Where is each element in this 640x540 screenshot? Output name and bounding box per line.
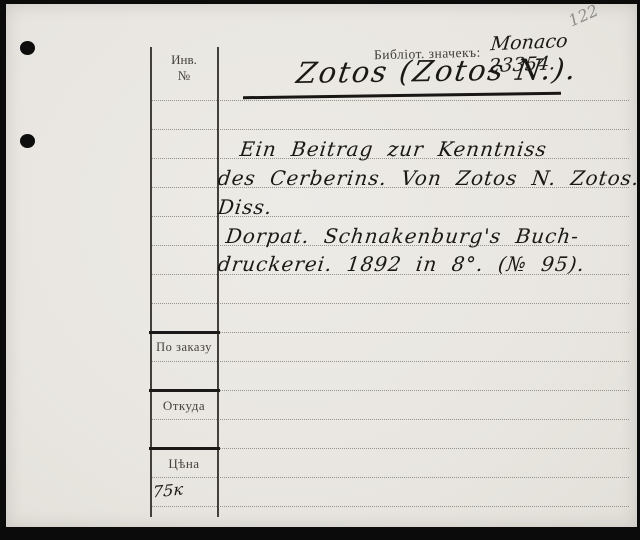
punch-hole-top xyxy=(20,41,35,55)
entry-title-handwriting: Zotos (Zotos N.). xyxy=(294,52,580,90)
origin-label: Откуда xyxy=(150,398,218,414)
punch-hole-bottom xyxy=(20,134,35,148)
entry-line-3: Diss. xyxy=(217,195,274,219)
ruled-line xyxy=(150,477,629,478)
ruled-line xyxy=(150,332,629,333)
entry-line-1: Ein Beitrag zur Kenntniss xyxy=(239,137,549,161)
order-label: По заказу xyxy=(150,340,218,355)
ruled-line xyxy=(150,506,629,507)
inventory-number-label: Инв. № xyxy=(150,52,218,84)
ruled-line xyxy=(150,303,629,304)
ruled-line xyxy=(150,361,629,362)
entry-line-2: des Cerberins. Von Zotos N. Zotos. xyxy=(217,166,640,190)
ruled-line xyxy=(150,390,629,391)
ruled-line xyxy=(150,448,629,449)
inventory-label-line2: № xyxy=(150,68,218,84)
ruled-line xyxy=(150,100,629,101)
scan-frame: Инв. № По заказу Откуда Цѣна Библіот. зн… xyxy=(0,0,640,540)
box-separator xyxy=(149,447,220,450)
catalog-card: Инв. № По заказу Откуда Цѣна Библіот. зн… xyxy=(6,4,637,527)
title-underline xyxy=(243,92,561,99)
ruled-line xyxy=(150,129,629,130)
box-separator xyxy=(149,389,220,392)
price-value-handwriting: 75к xyxy=(153,479,184,501)
pencil-mark: 122 xyxy=(565,1,601,31)
box-separator xyxy=(149,331,220,334)
inventory-label-line1: Инв. xyxy=(150,52,218,68)
entry-line-4: Dorpat. Schnakenburg's Buch- xyxy=(225,224,581,248)
entry-line-5: druckerei. 1892 in 8°. (№ 95). xyxy=(217,252,587,276)
price-label: Цѣна xyxy=(150,456,218,472)
ruled-line xyxy=(150,419,629,420)
